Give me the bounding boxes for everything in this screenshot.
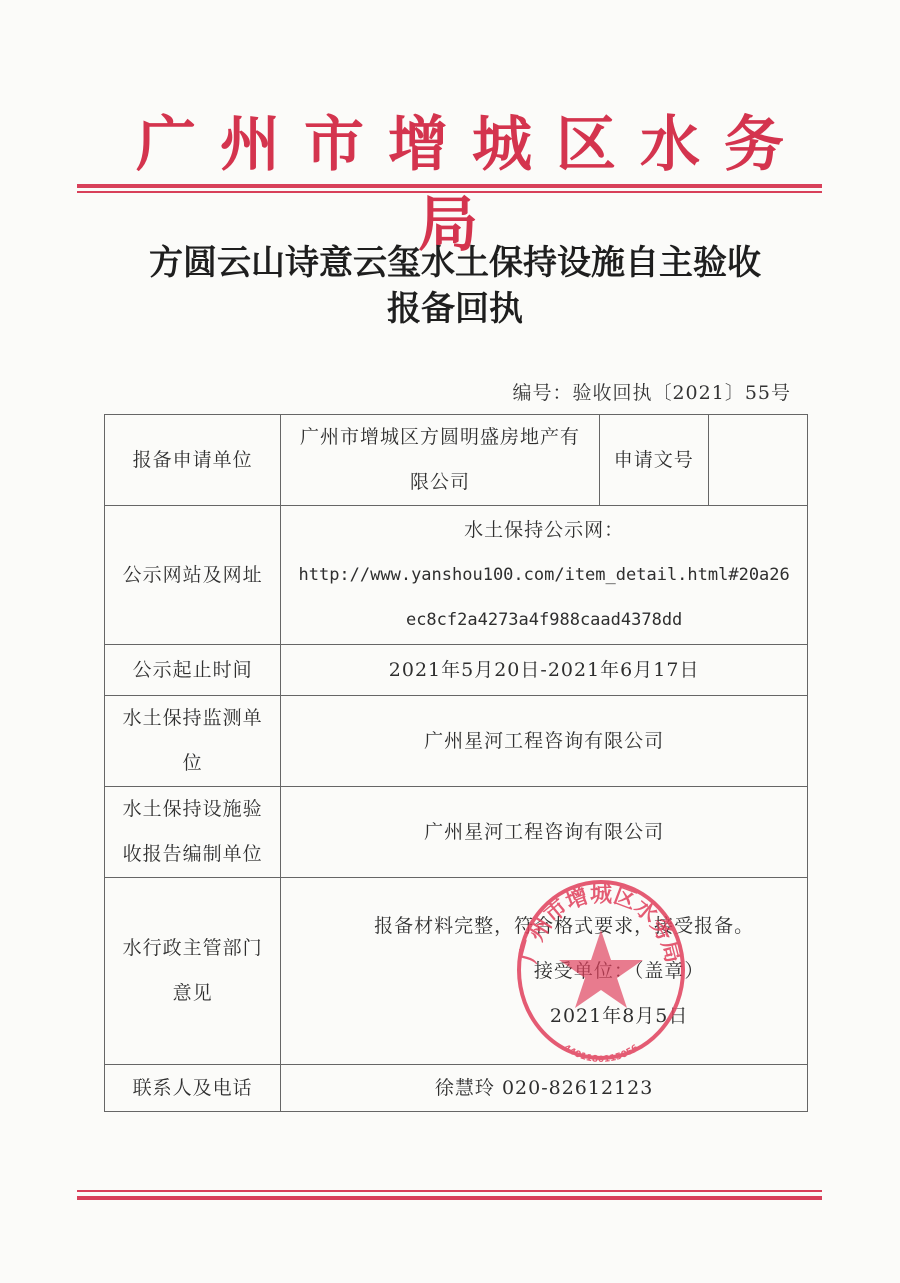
table-row-publicity-period: 公示起止时间 2021年5月20日-2021年6月17日: [105, 645, 808, 696]
label-report-compiler-line2: 收报告编制单位: [111, 832, 274, 877]
receiving-unit-seal-label: 接受单位：（盖章）: [287, 949, 801, 994]
table-row-report-compiler: 水土保持设施验 收报告编制单位 广州星河工程咨询有限公司: [105, 787, 808, 878]
publicity-site-name: 水土保持公示网：: [287, 508, 801, 553]
label-authority-opinion: 水行政主管部门 意见: [105, 878, 281, 1065]
publicity-url-line2[interactable]: ec8cf2a4273a4f988caad4378dd: [287, 598, 801, 643]
value-applicant-line1: 广州市增城区方圆明盛房地产有: [287, 415, 592, 460]
label-contact: 联系人及电话: [105, 1065, 281, 1112]
value-applicant: 广州市增城区方圆明盛房地产有 限公司: [281, 415, 599, 506]
footer-rule-thin: [77, 1190, 822, 1192]
footer-rule-thick: [77, 1196, 822, 1200]
value-publicity-period: 2021年5月20日-2021年6月17日: [281, 645, 808, 696]
label-report-compiler: 水土保持设施验 收报告编制单位: [105, 787, 281, 878]
label-applicant: 报备申请单位: [105, 415, 281, 506]
receipt-form-table: 报备申请单位 广州市增城区方圆明盛房地产有 限公司 申请文号 公示网站及网址 水…: [104, 414, 808, 1112]
label-authority-opinion-line1: 水行政主管部门: [111, 926, 274, 971]
value-contact: 徐慧玲 020-82612123: [281, 1065, 808, 1112]
value-application-number: [708, 415, 807, 506]
label-monitoring-unit-line2: 位: [111, 741, 274, 786]
label-monitoring-unit-line1: 水土保持监测单: [111, 696, 274, 741]
document-number: 编号：验收回执〔2021〕55号: [500, 378, 791, 405]
publicity-url-line1[interactable]: http://www.yanshou100.com/item_detail.ht…: [287, 553, 801, 598]
label-monitoring-unit: 水土保持监测单 位: [105, 696, 281, 787]
table-row-authority-opinion: 水行政主管部门 意见 报备材料完整，符合格式要求，接受报备。 接受单位：（盖章）…: [105, 878, 808, 1065]
opinion-text: 报备材料完整，符合格式要求，接受报备。: [287, 904, 801, 949]
value-publicity-site: 水土保持公示网： http://www.yanshou100.com/item_…: [281, 506, 808, 645]
document-title-line1: 方圆云山诗意云玺水土保持设施自主验收: [100, 240, 810, 286]
label-report-compiler-line1: 水土保持设施验: [111, 787, 274, 832]
value-applicant-line2: 限公司: [287, 460, 592, 505]
table-row-contact: 联系人及电话 徐慧玲 020-82612123: [105, 1065, 808, 1112]
label-application-number: 申请文号: [599, 415, 708, 506]
document-title-line2: 报备回执: [100, 286, 810, 332]
letterhead-rule-thin: [77, 191, 822, 193]
value-authority-opinion: 报备材料完整，符合格式要求，接受报备。 接受单位：（盖章） 2021年8月5日: [281, 878, 808, 1065]
document-title: 方圆云山诗意云玺水土保持设施自主验收 报备回执: [100, 240, 810, 332]
agency-letterhead: 广州市增城区水务局: [100, 105, 820, 185]
value-report-compiler: 广州星河工程咨询有限公司: [281, 787, 808, 878]
letterhead-rule-thick: [77, 184, 822, 188]
label-publicity-site: 公示网站及网址: [105, 506, 281, 645]
label-authority-opinion-line2: 意见: [111, 971, 274, 1016]
label-publicity-period: 公示起止时间: [105, 645, 281, 696]
value-monitoring-unit: 广州星河工程咨询有限公司: [281, 696, 808, 787]
opinion-date: 2021年8月5日: [287, 994, 801, 1039]
table-row-monitoring-unit: 水土保持监测单 位 广州星河工程咨询有限公司: [105, 696, 808, 787]
table-row-applicant: 报备申请单位 广州市增城区方圆明盛房地产有 限公司 申请文号: [105, 415, 808, 506]
table-row-publicity-site: 公示网站及网址 水土保持公示网： http://www.yanshou100.c…: [105, 506, 808, 645]
